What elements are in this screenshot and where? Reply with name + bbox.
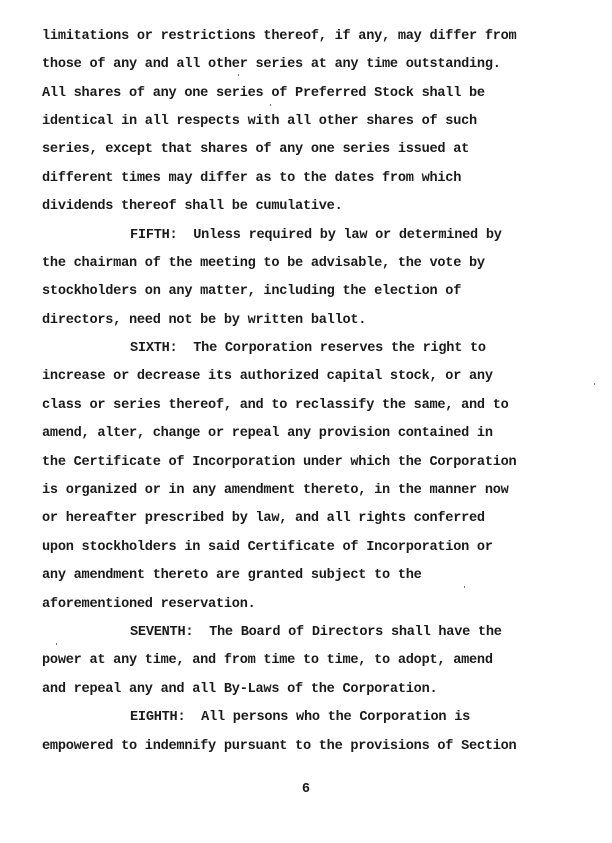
page-number: 6 xyxy=(0,782,612,797)
text-line: aforementioned reservation. xyxy=(42,597,256,613)
scan-speck xyxy=(594,383,595,385)
scan-speck xyxy=(238,74,239,76)
scan-speck xyxy=(56,643,57,645)
text-line: identical in all respects with all other… xyxy=(42,114,477,130)
text-line: is organized or in any amendment thereto… xyxy=(42,483,509,499)
document-page: limitations or restrictions thereof, if … xyxy=(0,0,612,843)
text-line: different times may differ as to the dat… xyxy=(42,171,461,187)
text-line: the Certificate of Incorporation under w… xyxy=(42,455,516,471)
article-sixth-heading-line: SIXTH: The Corporation reserves the righ… xyxy=(130,341,486,357)
text-line: dividends thereof shall be cumulative. xyxy=(42,199,343,215)
text-line: and repeal any and all By-Laws of the Co… xyxy=(42,682,437,698)
text-line: stockholders on any matter, including th… xyxy=(42,284,461,300)
scan-speck xyxy=(270,104,271,106)
scan-speck xyxy=(464,586,465,588)
text-line: amend, alter, change or repeal any provi… xyxy=(42,426,493,442)
article-seventh-heading-line: SEVENTH: The Board of Directors shall ha… xyxy=(130,625,502,641)
text-line: class or series thereof, and to reclassi… xyxy=(42,398,509,414)
text-line: series, except that shares of any one se… xyxy=(42,142,469,158)
text-line: empowered to indemnify pursuant to the p… xyxy=(42,739,516,755)
text-line: All shares of any one series of Preferre… xyxy=(42,86,485,102)
text-line: or hereafter prescribed by law, and all … xyxy=(42,511,485,527)
article-eighth-heading-line: EIGHTH: All persons who the Corporation … xyxy=(130,710,470,726)
article-fifth-heading-line: FIFTH: Unless required by law or determi… xyxy=(130,228,502,244)
text-line: directors, need not be by written ballot… xyxy=(42,313,366,329)
text-line: any amendment thereto are granted subjec… xyxy=(42,568,422,584)
text-line: those of any and all other series at any… xyxy=(42,57,501,73)
text-line: the chairman of the meeting to be advisa… xyxy=(42,256,485,272)
text-line: limitations or restrictions thereof, if … xyxy=(42,29,516,45)
text-line: upon stockholders in said Certificate of… xyxy=(42,540,493,556)
text-line: power at any time, and from time to time… xyxy=(42,653,493,669)
text-line: increase or decrease its authorized capi… xyxy=(42,369,493,385)
